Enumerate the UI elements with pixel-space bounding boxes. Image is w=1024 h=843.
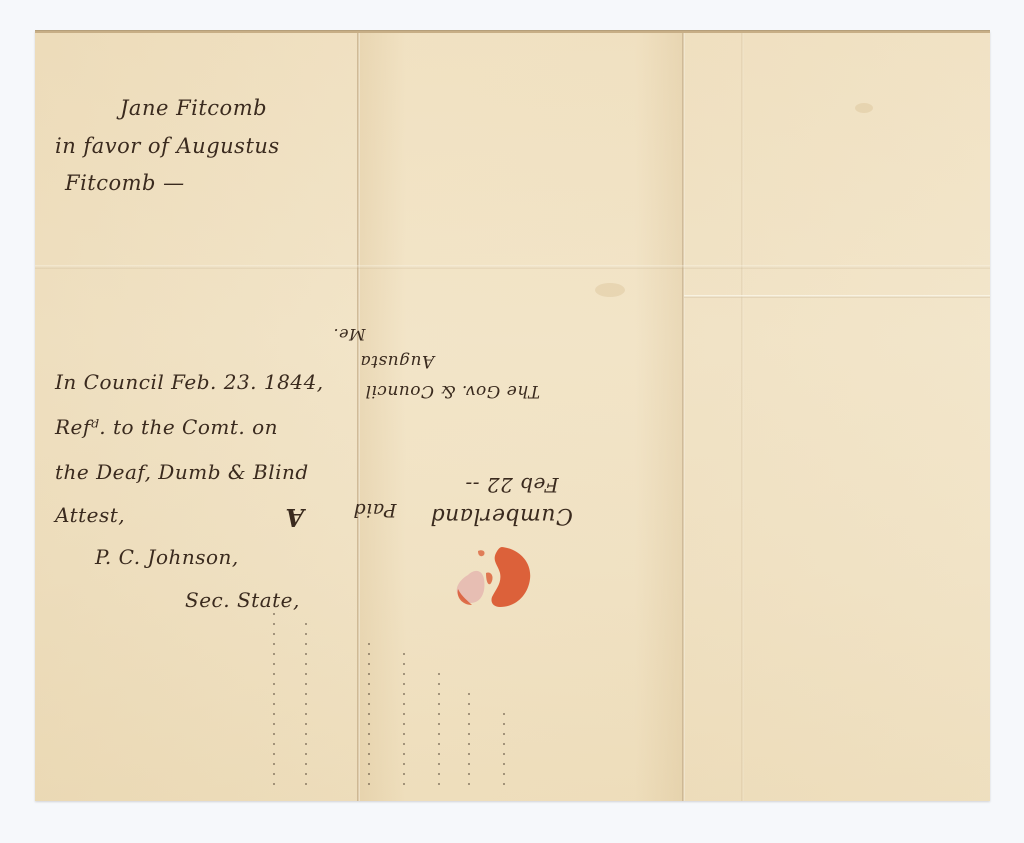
ink-dots bbox=[403, 653, 405, 793]
ink-dots bbox=[368, 643, 370, 793]
horizontal-fold bbox=[35, 265, 990, 269]
postmark-paid: Paid bbox=[353, 499, 397, 521]
address-line-3: Me. bbox=[333, 325, 365, 344]
docket-line-1: Jane Fitcomb bbox=[120, 93, 267, 123]
ink-dots bbox=[438, 673, 440, 793]
docket-line-2: in favor of Augustus bbox=[55, 131, 280, 161]
manuscript-sheet: Jane Fitcomb in favor of Augustus Fitcom… bbox=[35, 31, 990, 801]
endorsement-line-3: the Deaf, Dumb & Blind bbox=[55, 453, 309, 492]
ink-dots bbox=[305, 623, 307, 793]
middle-panel bbox=[357, 33, 684, 801]
endorsement-line-4: Attest, bbox=[55, 496, 125, 535]
postmark-town: Cumberland bbox=[430, 503, 573, 528]
wax-seal-icon bbox=[452, 543, 534, 611]
endorsement-title: Sec. State, bbox=[185, 581, 300, 620]
endorsement-signature: P. C. Johnson, bbox=[95, 538, 239, 577]
vertical-crease bbox=[741, 33, 744, 801]
endorsement-line-1: In Council Feb. 23. 1844, bbox=[55, 363, 324, 402]
address-line-1: The Gov. & Council bbox=[365, 381, 540, 401]
docket-line-3: Fitcomb — bbox=[65, 168, 185, 198]
vertical-fold-1 bbox=[357, 33, 360, 801]
paper-stain bbox=[855, 103, 873, 113]
ink-dots bbox=[468, 693, 470, 793]
ink-dots bbox=[503, 713, 505, 793]
right-panel bbox=[684, 33, 990, 801]
rate-mark: A bbox=[285, 503, 304, 532]
paper-stain bbox=[595, 283, 625, 297]
vertical-fold-2 bbox=[682, 33, 685, 801]
ink-dots bbox=[273, 613, 275, 793]
horizontal-crease-right bbox=[684, 295, 990, 298]
address-line-2: Augusta bbox=[360, 351, 434, 371]
postmark-date: Feb 22 -- bbox=[465, 473, 559, 497]
endorsement-line-2: Refᵈ. to the Comt. on bbox=[55, 408, 278, 447]
